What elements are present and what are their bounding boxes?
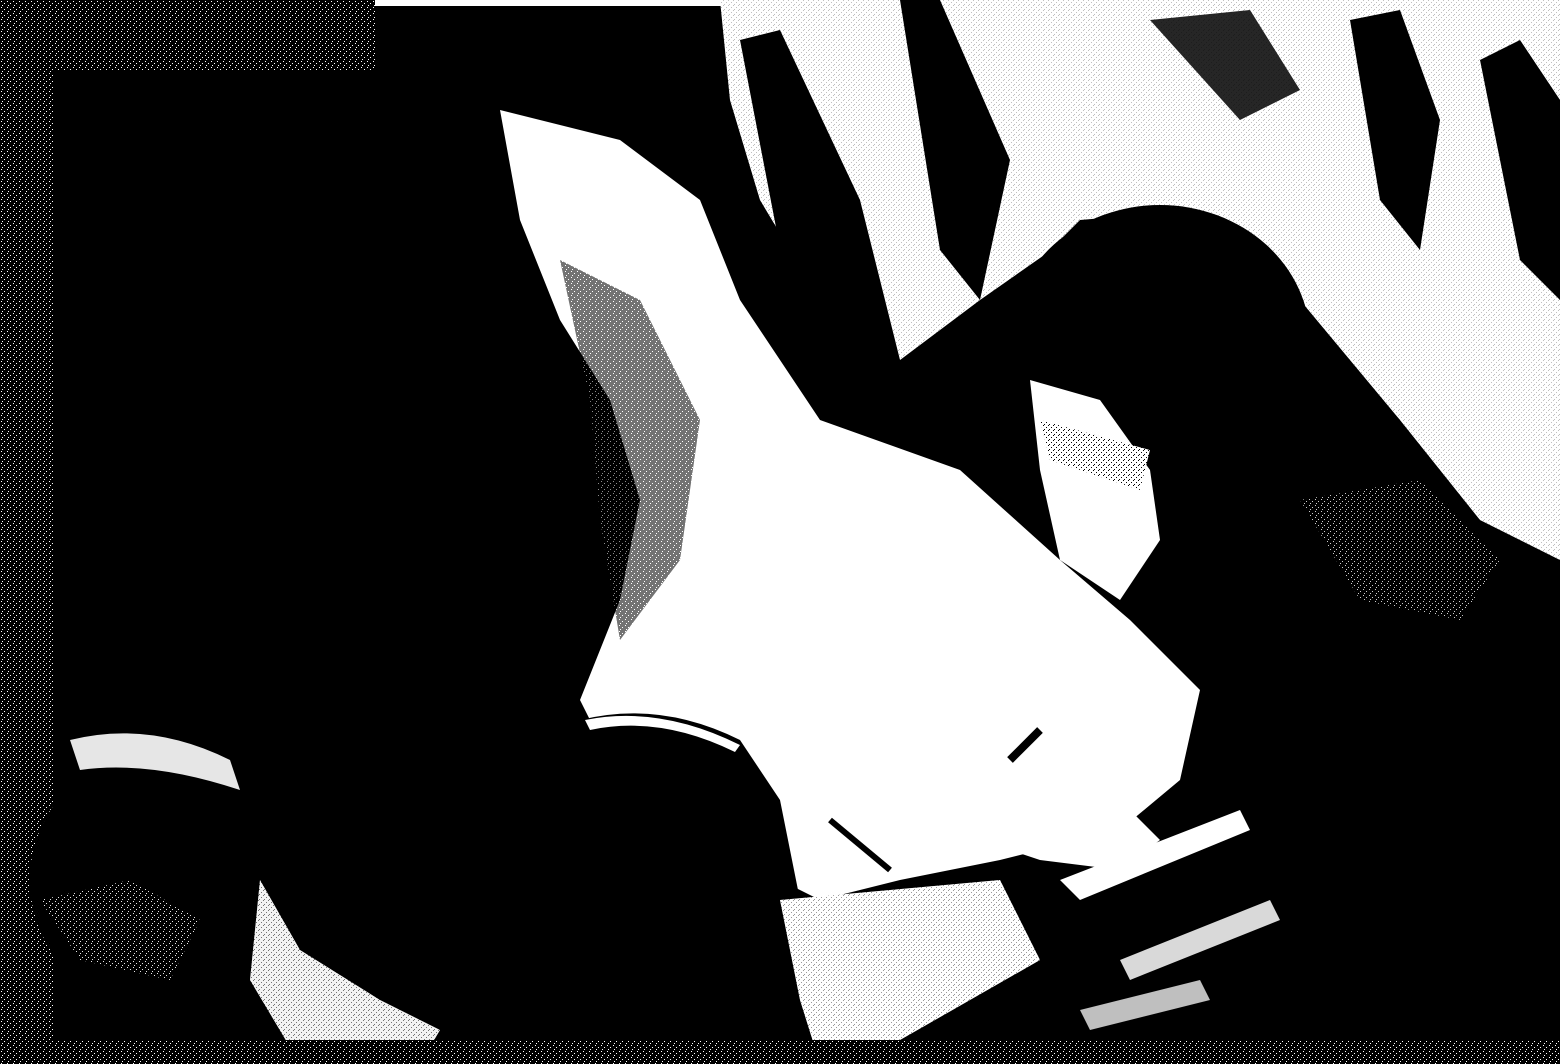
top-grain-band xyxy=(55,0,375,70)
dark-shoulder xyxy=(420,713,800,1064)
photo-shapes xyxy=(0,0,1560,1064)
halftone-photograph: Close-up halftone photo of a person with… xyxy=(0,0,1560,1064)
